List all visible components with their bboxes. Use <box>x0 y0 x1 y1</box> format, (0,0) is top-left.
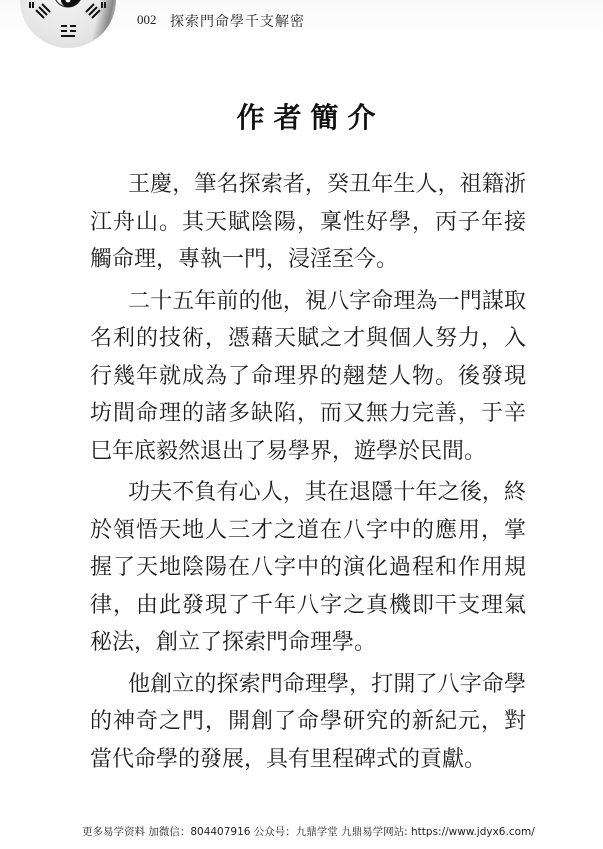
paragraph: 王慶，筆名探索者，癸丑年生人，祖籍浙江舟山。其天賦陰陽，稟性好學，丙子年接觸命理… <box>90 166 526 279</box>
paragraph: 功夫不負有心人，其在退隱十年之後，終於領悟天地人三才之道在八字中的應用，掌握了天… <box>90 474 526 662</box>
body-text: 王慶，筆名探索者，癸丑年生人，祖籍浙江舟山。其天賦陰陽，稟性好學，丙子年接觸命理… <box>90 166 526 782</box>
book-title: 探索門命學千支解密 <box>170 11 305 31</box>
chapter-title: 作者簡介 <box>0 96 603 136</box>
bagua-yinyang-medallion-icon <box>20 0 116 48</box>
trigram-marks-icon <box>20 0 116 48</box>
paragraph: 二十五年前的他，視八字命理為一門謀取名利的技術，憑藉天賦之才與個人努力，入行幾年… <box>90 283 526 471</box>
paragraph: 他創立的探索門命理學，打開了八字命學的神奇之門，開創了命學研究的新紀元，對當代命… <box>90 666 526 779</box>
page-header: 002 探索門命學千支解密 <box>0 0 603 46</box>
footer-watermark: 更多易学资料 加微信：804407916 公众号：九鼎学堂 九鼎易学网站: ht… <box>82 824 535 839</box>
page-number: 002 <box>137 12 157 28</box>
